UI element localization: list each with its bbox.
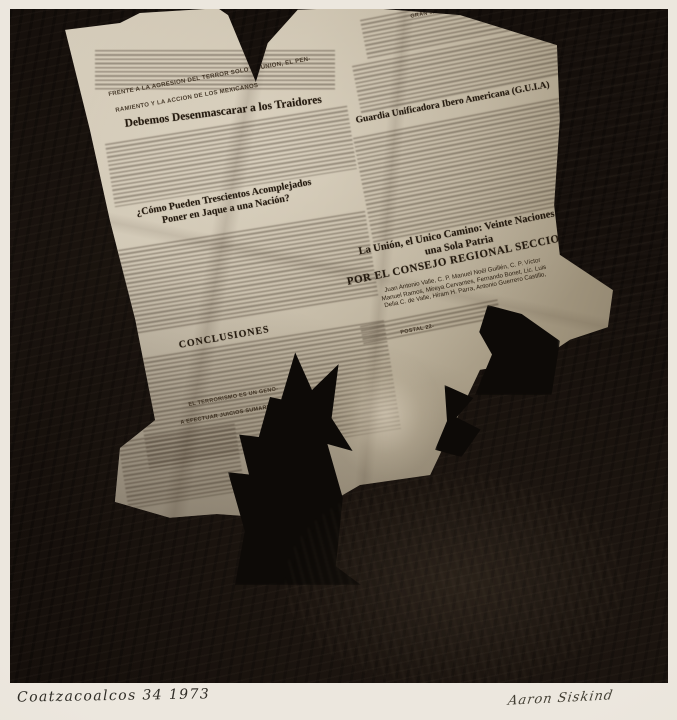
- artist-signature: Aaron Siskind: [507, 688, 614, 709]
- matted-photograph: FRENTE A LA AGRESION DEL TERROR SOLO LA …: [0, 0, 677, 720]
- handwritten-caption: Coatzacoalcos 34 1973: [17, 686, 210, 705]
- wall-swirl-texture: [285, 474, 625, 683]
- torn-poster: FRENTE A LA AGRESION DEL TERROR SOLO LA …: [60, 9, 626, 532]
- photo-area: FRENTE A LA AGRESION DEL TERROR SOLO LA …: [10, 9, 668, 683]
- paper-island-highlight: [330, 350, 442, 480]
- body-text-bottom-fragment: [118, 424, 245, 510]
- body-text-left-top: [95, 50, 335, 90]
- body-text-left-lower: [118, 211, 379, 337]
